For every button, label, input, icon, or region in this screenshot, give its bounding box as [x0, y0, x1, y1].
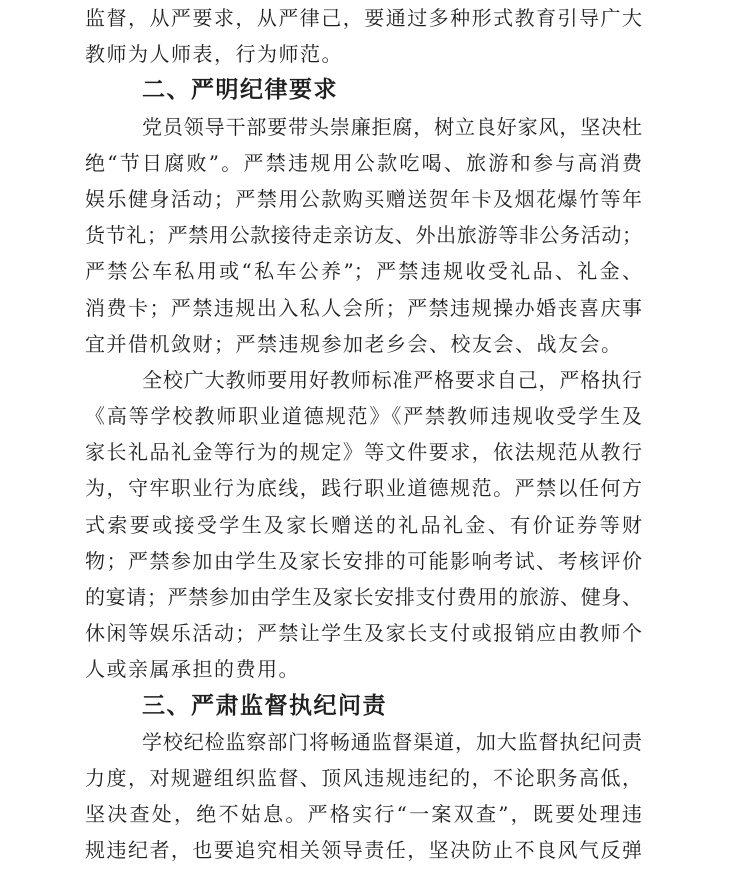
text-line: 严禁公车私用或“私车公养”；严禁违规收受礼品、礼金、 [85, 253, 642, 289]
section-heading: 二、严明纪律要求 [85, 72, 642, 108]
text-line: 的宴请；严禁参加由学生及家长安排支付费用的旅游、健身、 [85, 579, 642, 615]
text-line: 货节礼；严禁用公款接待走亲访友、外出旅游等非公务活动； [85, 217, 642, 253]
text-line: 式索要或接受学生及家长赠送的礼品礼金、有价证券等财 [85, 507, 642, 543]
text-line: 党员领导干部要带头崇廉拒腐，树立良好家风，坚决杜 [85, 109, 642, 145]
text-line: 宜并借机敛财；严禁违规参加老乡会、校友会、战友会。 [85, 326, 642, 362]
text-line: 学校纪检监察部门将畅通监督渠道，加大监督执纪问责 [85, 724, 642, 760]
text-line: 教师为人师表，行为师范。 [85, 36, 642, 72]
text-line: 坚决查处，绝不姑息。严格实行“一案双查”，既要处理违 [85, 796, 642, 832]
text-line: 绝“节日腐败”。严禁违规用公款吃喝、旅游和参与高消费 [85, 145, 642, 181]
text-line: 休闲等娱乐活动；严禁让学生及家长支付或报销应由教师个 [85, 615, 642, 651]
text-line: 监督，从严要求，从严律己，要通过多种形式教育引导广大 [85, 0, 642, 36]
text-line: 人或亲属承担的费用。 [85, 651, 642, 687]
text-line: 规违纪者，也要追究相关领导责任，坚决防止不良风气反弹 [85, 832, 642, 868]
text-line: 消费卡；严禁违规出入私人会所；严禁违规操办婚丧喜庆事 [85, 290, 642, 326]
text-line: 物；严禁参加由学生及家长安排的可能影响考试、考核评价 [85, 543, 642, 579]
text-line: 家长礼品礼金等行为的规定》等文件要求，依法规范从教行 [85, 434, 642, 470]
text-block: 监督，从严要求，从严律己，要通过多种形式教育引导广大 教师为人师表，行为师范。 … [85, 0, 642, 869]
text-line: 为，守牢职业行为底线，践行职业道德规范。严禁以任何方 [85, 470, 642, 506]
text-line: 《高等学校教师职业道德规范》《严禁教师违规收受学生及 [85, 398, 642, 434]
text-line: 娱乐健身活动；严禁用公款购买赠送贺年卡及烟花爆竹等年 [85, 181, 642, 217]
section-heading: 三、严肃监督执纪问责 [85, 688, 642, 724]
document-page: 监督，从严要求，从严律己，要通过多种形式教育引导广大 教师为人师表，行为师范。 … [0, 0, 744, 869]
text-line: 全校广大教师要用好教师标准严格要求自己，严格执行 [85, 362, 642, 398]
text-line: 力度，对规避组织监督、顶风违规违纪的，不论职务高低， [85, 760, 642, 796]
